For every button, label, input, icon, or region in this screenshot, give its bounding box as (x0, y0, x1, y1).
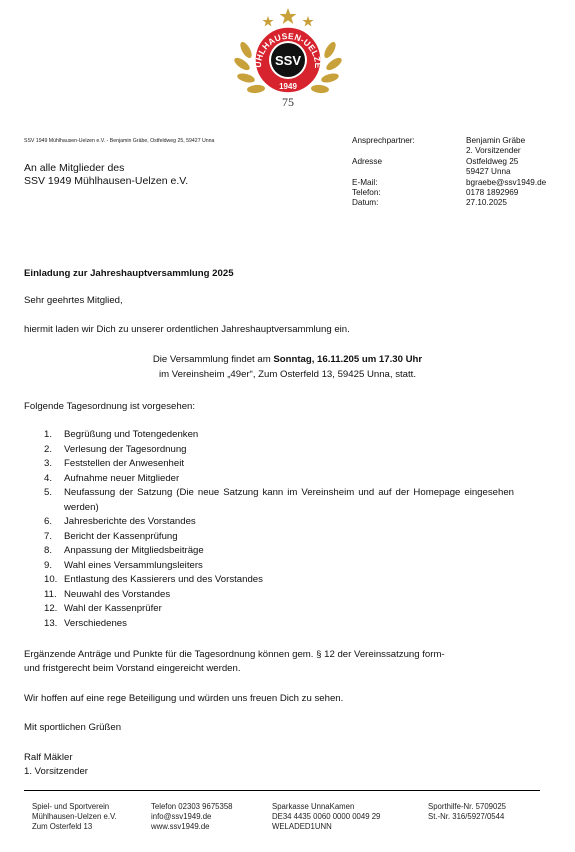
info-row-city: 59427 Unna (352, 167, 546, 177)
contact-info-block: Ansprechpartner:Benjamin Gräbe 2. Vorsit… (352, 136, 546, 209)
footer-club-info: Spiel- und Sportverein Mühlhausen-Uelzen… (32, 802, 117, 832)
meeting-location: im Vereinsheim „49er“, Zum Osterfeld 13,… (0, 367, 575, 382)
footer-bic: WELADED1UNN (272, 822, 380, 832)
footer-bank: Sparkasse UnnaKamen DE34 4435 0060 0000 … (272, 802, 380, 832)
signer-title: 1. Vorsitzender (24, 766, 88, 777)
club-crest-icon: MÜHLHAUSEN-UELZEN 1949 SSV 75 (232, 6, 344, 110)
agenda-item: 13.Verschiedenes (44, 617, 514, 632)
svg-text:75: 75 (282, 95, 294, 109)
agenda-intro: Folgende Tagesordnung ist vorgesehen: (24, 401, 195, 412)
meeting-prefix: Die Versammlung findet am (153, 354, 274, 365)
agenda-item: 6.Jahresberichte des Vorstandes (44, 515, 514, 530)
club-crest-logo: MÜHLHAUSEN-UELZEN 1949 SSV 75 (232, 6, 344, 110)
agenda-item: 2.Verlesung der Tagesordnung (44, 443, 514, 458)
info-row-date: Datum:27.10.2025 (352, 198, 546, 208)
meeting-date-time: Sonntag, 16.11.205 um 17.30 Uhr (273, 354, 422, 365)
meeting-details: Die Versammlung findet am Sonntag, 16.11… (0, 352, 575, 382)
footer-tax: Sporthilfe-Nr. 5709025 St.-Nr. 316/5927/… (428, 802, 506, 822)
signer-name: Ralf Mäkler (24, 752, 73, 763)
agenda-item: 3.Feststellen der Anwesenheit (44, 457, 514, 472)
info-row-email: E-Mail:bgraebe@ssv1949.de (352, 178, 546, 188)
agenda-item: 12.Wahl der Kassenprüfer (44, 602, 514, 617)
agenda-item: 4.Aufnahme neuer Mitglieder (44, 472, 514, 487)
agenda-item: 7.Bericht der Kassenprüfung (44, 530, 514, 545)
info-row-phone: Telefon:0178 1892969 (352, 188, 546, 198)
footer-divider (24, 790, 540, 791)
footer-website-link[interactable]: www.ssv1949.de (151, 822, 233, 832)
salutation: Sehr geehrtes Mitglied, (24, 295, 123, 306)
agenda-item: 5.Neufassung der Satzung (Die neue Satzu… (44, 486, 514, 515)
star-icon (262, 8, 313, 27)
info-row-role: 2. Vorsitzender (352, 146, 546, 156)
info-row-contact: Ansprechpartner:Benjamin Gräbe (352, 136, 546, 146)
agenda-item: 11.Neuwahl des Vorstandes (44, 588, 514, 603)
footer-iban: DE34 4435 0060 0000 0049 29 (272, 812, 380, 822)
footer-phone: Telefon 02303 9675358 (151, 802, 233, 812)
email-link[interactable]: bgraebe@ssv1949.de (466, 178, 546, 188)
agenda-item: 1.Begrüßung und Totengedenken (44, 428, 514, 443)
supplement-paragraph: Ergänzende Anträge und Punkte für die Ta… (24, 648, 445, 676)
closing: Mit sportlichen Grüßen (24, 722, 121, 733)
recipient-line-2: SSV 1949 Mühlhausen-Uelzen e.V. (24, 175, 188, 188)
recipient-line-1: An alle Mitglieder des (24, 162, 188, 175)
agenda-list: 1.Begrüßung und Totengedenken 2.Verlesun… (44, 428, 514, 631)
info-row-address: AdresseOstfeldweg 25 (352, 157, 546, 167)
hope-paragraph: Wir hoffen auf eine rege Beteiligung und… (24, 693, 343, 704)
agenda-item: 10.Entlastung des Kassierers und des Vor… (44, 573, 514, 588)
sender-return-address: SSV 1949 Mühlhausen-Uelzen e.V. - Benjam… (24, 138, 214, 144)
recipient-address: An alle Mitglieder des SSV 1949 Mühlhaus… (24, 162, 188, 188)
agenda-item: 8.Anpassung der Mitgliedsbeiträge (44, 544, 514, 559)
footer-contact: Telefon 02303 9675358 info@ssv1949.de ww… (151, 802, 233, 832)
svg-text:1949: 1949 (279, 82, 297, 91)
footer-email-link[interactable]: info@ssv1949.de (151, 812, 233, 822)
svg-text:SSV: SSV (275, 53, 301, 68)
letter-subject: Einladung zur Jahreshauptversammlung 202… (24, 268, 234, 279)
intro-paragraph: hiermit laden wir Dich zu unserer ordent… (24, 324, 350, 335)
agenda-item: 9.Wahl eines Versammlungsleiters (44, 559, 514, 574)
